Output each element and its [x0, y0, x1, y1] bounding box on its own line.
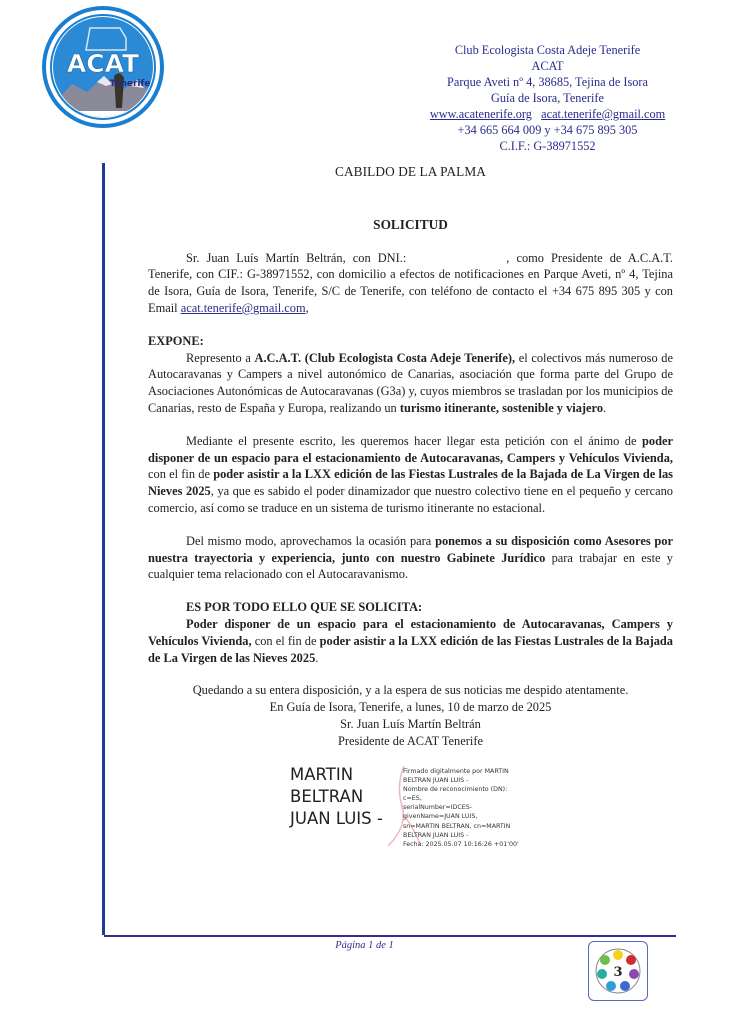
org-links: www.acatenerife.org acat.tenerife@gmail.… [405, 106, 690, 122]
logo-text: ACAT [67, 49, 139, 78]
email-link[interactable]: acat.tenerife@gmail.com [541, 107, 665, 121]
closing-line: Quedando a su entera disposición, y a la… [148, 682, 673, 699]
document-title: SOLICITUD [148, 217, 673, 234]
g3a-emblem-icon: 3 [589, 942, 647, 1000]
org-acronym: ACAT [405, 58, 690, 74]
signer-name: Sr. Juan Luís Martín Beltrán [148, 716, 673, 733]
margin-rule [102, 163, 105, 935]
org-header: Club Ecologista Costa Adeje Tenerife ACA… [405, 42, 690, 154]
solicita-paragraph: Poder disponer de un espacio para el est… [148, 616, 673, 666]
signer-role: Presidente de ACAT Tenerife [148, 733, 673, 750]
advisory-paragraph: Del mismo modo, aprovechamos la ocasión … [148, 533, 673, 583]
footer-rule [104, 935, 676, 937]
applicant-email-link[interactable]: acat.tenerife@gmail.com [181, 301, 306, 315]
signature-details: Firmado digitalmente por MARTIN BELTRAN … [403, 767, 533, 849]
org-phones: +34 665 664 009 y +34 675 895 305 [405, 122, 690, 138]
g3a-logo: 3 [588, 941, 648, 1001]
org-address-line1: Parque Aveti nº 4, 38685, Tejina de Isor… [405, 74, 690, 90]
website-link[interactable]: www.acatenerife.org [430, 107, 532, 121]
solicita-heading: ES POR TODO ELLO QUE SE SOLICITA: [148, 599, 673, 616]
org-cif: C.I.F.: G-38971552 [405, 138, 690, 154]
svg-text:3: 3 [613, 965, 622, 980]
org-name: Club Ecologista Costa Adeje Tenerife [405, 42, 690, 58]
request-paragraph: Mediante el presente escrito, les querem… [148, 433, 673, 517]
intro-paragraph: Sr. Juan Luís Martín Beltrán, con DNI.:,… [148, 250, 673, 317]
digital-signature[interactable]: MARTIN BELTRAN JUAN LUIS - Firmado digit… [290, 764, 530, 854]
expone-heading: EXPONE: [148, 333, 673, 350]
acat-logo: ACAT Tenerife [42, 6, 164, 128]
svg-text:Tenerife: Tenerife [109, 79, 150, 89]
place-date: En Guía de Isora, Tenerife, a lunes, 10 … [148, 699, 673, 716]
letter-body: CABILDO DE LA PALMA SOLICITUD Sr. Juan L… [148, 164, 673, 750]
recipient: CABILDO DE LA PALMA [148, 164, 673, 181]
signature-name: MARTIN BELTRAN JUAN LUIS - [290, 764, 383, 830]
expone-paragraph: Represento a A.C.A.T. (Club Ecologista C… [148, 350, 673, 417]
org-address-line2: Guía de Isora, Tenerife [405, 90, 690, 106]
